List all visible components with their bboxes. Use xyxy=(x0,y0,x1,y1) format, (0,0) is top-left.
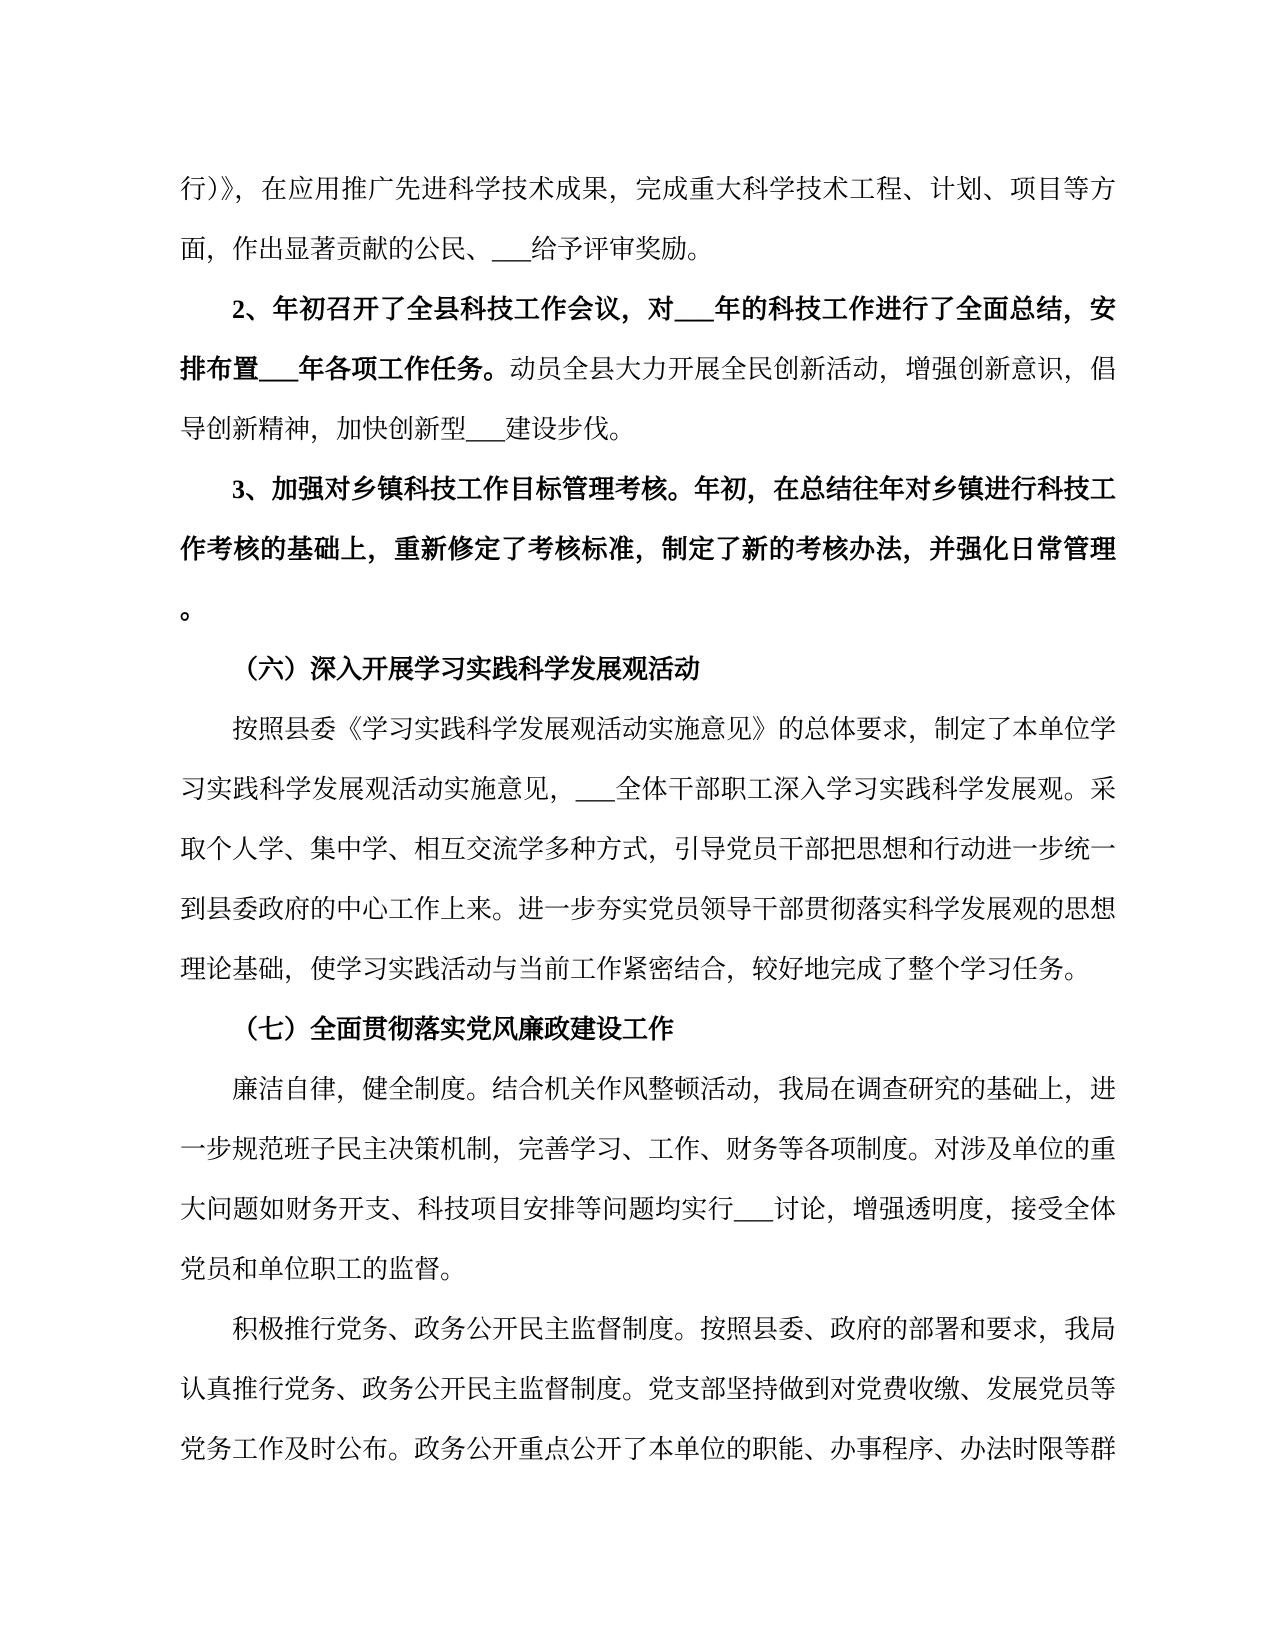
document-page: 行）》，在应用推广先进科学技术成果，完成重大科学技术工程、计划、项目等方 面，作… xyxy=(180,160,1116,1480)
line-text: 到县委政府的中心工作上来。进一步夯实党员领导干部贯彻落实科学发展观的思想 xyxy=(180,895,1116,924)
text-line: 习实践科学发展观活动实施意见，___全体干部职工深入学习实践科学发展观。采 xyxy=(180,760,1116,820)
text-line: 认真推行党务、政务公开民主监督制度。党支部坚持做到对党费收缴、发展党员等 xyxy=(180,1360,1116,1420)
text-line: 按照县委《学习实践科学发展观活动实施意见》的总体要求，制定了本单位学 xyxy=(180,700,1116,760)
line-text: 廉洁自律，健全制度。结合机关作风整顿活动，我局在调查研究的基础上，进 xyxy=(232,1075,1116,1104)
text-line: 导创新精神，加快创新型___建设步伐。 xyxy=(180,400,1116,460)
text-line: 3、加强对乡镇科技工作目标管理考核。年初，在总结往年对乡镇进行科技工 xyxy=(180,460,1116,520)
line-text: 2、年初召开了全县科技工作会议，对___年的科技工作进行了全面总结，安 xyxy=(232,295,1116,324)
line-text: 作考核的基础上，重新修定了考核标准，制定了新的考核办法，并强化日常管理 xyxy=(180,535,1116,564)
text-line: 廉洁自律，健全制度。结合机关作风整顿活动，我局在调查研究的基础上，进 xyxy=(180,1060,1116,1120)
text-line: 到县委政府的中心工作上来。进一步夯实党员领导干部贯彻落实科学发展观的思想 xyxy=(180,880,1116,940)
text-line: 党员和单位职工的监督。 xyxy=(180,1240,1116,1300)
text-line: 行）》，在应用推广先进科学技术成果，完成重大科学技术工程、计划、项目等方 xyxy=(180,160,1116,220)
text-line: 理论基础，使学习实践活动与当前工作紧密结合，较好地完成了整个学习任务。 xyxy=(180,940,1116,1000)
line-text: 一步规范班子民主决策机制，完善学习、工作、财务等各项制度。对涉及单位的重 xyxy=(180,1135,1116,1164)
heading-text: （七）全面贯彻落实党风廉政建设工作 xyxy=(232,1015,674,1044)
section-heading: （六）深入开展学习实践科学发展观活动 xyxy=(180,640,1116,700)
line-text: 按照县委《学习实践科学发展观活动实施意见》的总体要求，制定了本单位学 xyxy=(232,715,1116,744)
text-line: 。 xyxy=(180,580,1116,640)
line-text: 取个人学、集中学、相互交流学多种方式，引导党员干部把思想和行动进一步统一 xyxy=(180,835,1116,864)
line-text: 理论基础，使学习实践活动与当前工作紧密结合，较好地完成了整个学习任务。 xyxy=(180,955,1090,984)
text-line: 2、年初召开了全县科技工作会议，对___年的科技工作进行了全面总结，安 xyxy=(180,280,1116,340)
text-line: 排布置___年各项工作任务。动员全县大力开展全民创新活动，增强创新意识，倡 xyxy=(180,340,1116,400)
line-text: 党务工作及时公布。政务公开重点公开了本单位的职能、办事程序、办法时限等群 xyxy=(180,1435,1116,1464)
line-text: 认真推行党务、政务公开民主监督制度。党支部坚持做到对党费收缴、发展党员等 xyxy=(180,1375,1116,1404)
line-text: 。 xyxy=(180,595,206,624)
line-text: 3、加强对乡镇科技工作目标管理考核。年初，在总结往年对乡镇进行科技工 xyxy=(232,475,1116,504)
text-line: 党务工作及时公布。政务公开重点公开了本单位的职能、办事程序、办法时限等群 xyxy=(180,1420,1116,1480)
text-line: 取个人学、集中学、相互交流学多种方式，引导党员干部把思想和行动进一步统一 xyxy=(180,820,1116,880)
line-text: 党员和单位职工的监督。 xyxy=(180,1255,466,1284)
text-line: 作考核的基础上，重新修定了考核标准，制定了新的考核办法，并强化日常管理 xyxy=(180,520,1116,580)
text-line: 积极推行党务、政务公开民主监督制度。按照县委、政府的部署和要求，我局 xyxy=(180,1300,1116,1360)
line-text: 导创新精神，加快创新型___建设步伐。 xyxy=(180,415,635,444)
section-heading: （七）全面贯彻落实党风廉政建设工作 xyxy=(180,1000,1116,1060)
text-line: 大问题如财务开支、科技项目安排等问题均实行___讨论，增强透明度，接受全体 xyxy=(180,1180,1116,1240)
heading-text: （六）深入开展学习实践科学发展观活动 xyxy=(232,655,700,684)
line-text: 排布置___年各项工作任务。 xyxy=(180,355,510,384)
line-text: 积极推行党务、政务公开民主监督制度。按照县委、政府的部署和要求，我局 xyxy=(232,1315,1116,1344)
line-text: 面，作出显著贡献的公民、___给予评审奖励。 xyxy=(180,235,713,264)
line-text: 行）》，在应用推广先进科学技术成果，完成重大科学技术工程、计划、项目等方 xyxy=(180,175,1116,204)
line-text: 习实践科学发展观活动实施意见，___全体干部职工深入学习实践科学发展观。采 xyxy=(180,775,1116,804)
text-line: 面，作出显著贡献的公民、___给予评审奖励。 xyxy=(180,220,1116,280)
line-text: 动员全县大力开展全民创新活动，增强创新意识，倡 xyxy=(510,355,1116,384)
text-line: 一步规范班子民主决策机制，完善学习、工作、财务等各项制度。对涉及单位的重 xyxy=(180,1120,1116,1180)
line-text: 大问题如财务开支、科技项目安排等问题均实行___讨论，增强透明度，接受全体 xyxy=(180,1195,1116,1224)
